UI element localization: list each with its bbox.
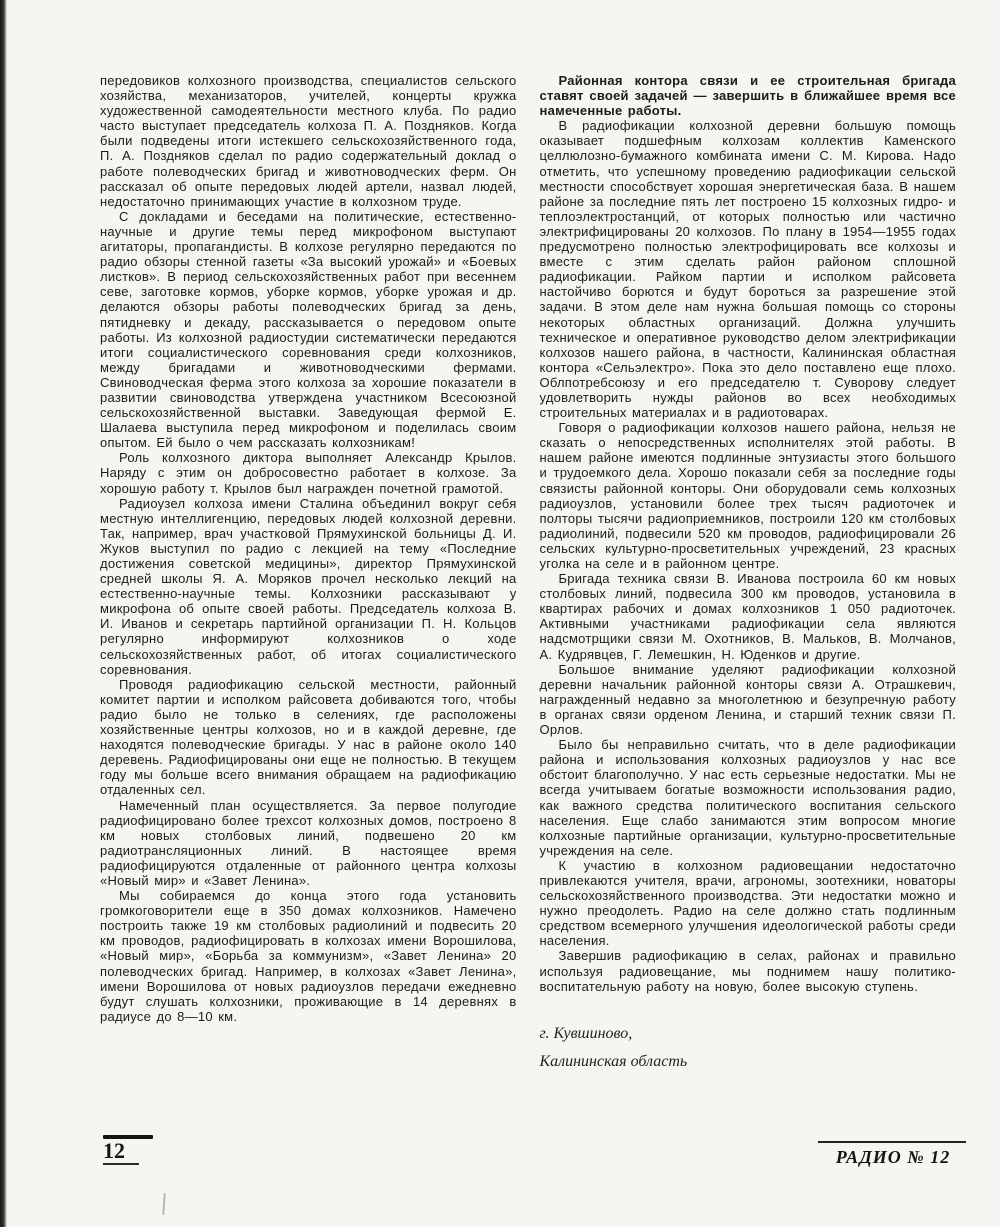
paragraph: С докладами и беседами на политические, … xyxy=(100,209,517,451)
magazine-footer-rule xyxy=(818,1141,966,1143)
lead-paragraph: Районная контора связи и ее строительная… xyxy=(540,73,957,118)
paragraph: К участию в колхозном радиовещании недос… xyxy=(540,858,957,949)
magazine-footer-block: РАДИО № 12 xyxy=(818,1141,968,1168)
scan-edge-artifact xyxy=(0,0,7,1227)
page-number: 12 xyxy=(103,1139,139,1165)
paragraph: Проводя радиофикацию сельской местности,… xyxy=(100,677,517,798)
author-signature: г. Кувшиново, Калининская область xyxy=(540,1020,957,1076)
paragraph: В радиофикации колхозной деревни большую… xyxy=(540,118,957,420)
paragraph: Намеченный план осуществляется. За перво… xyxy=(100,798,517,889)
signature-region: Калининская область xyxy=(540,1048,957,1076)
scan-smudge-artifact xyxy=(162,1193,166,1215)
paragraph: Роль колхозного диктора выполняет Алекса… xyxy=(100,450,517,495)
page-number-block: 12 xyxy=(103,1135,159,1165)
paragraph: передовиков колхозного производства, спе… xyxy=(100,73,517,209)
paragraph: Бригада техника связи В. Иванова построи… xyxy=(540,571,957,662)
paragraph: Большое внимание уделяют радиофикации ко… xyxy=(540,662,957,737)
paragraph: Завершив радиофикацию в селах, районах и… xyxy=(540,948,957,993)
scanned-magazine-page: передовиков колхозного производства, спе… xyxy=(0,0,1000,1227)
magazine-title-issue: РАДИО № 12 xyxy=(818,1147,968,1168)
paragraph: Было бы неправильно считать, что в деле … xyxy=(540,737,957,858)
paragraph: Мы собираемся до конца этого года устано… xyxy=(100,888,517,1024)
right-column: Районная контора связи и ее строительная… xyxy=(540,73,957,1076)
article-body: передовиков колхозного производства, спе… xyxy=(100,73,956,1076)
signature-city: г. Кувшиново, xyxy=(540,1020,957,1048)
left-column: передовиков колхозного производства, спе… xyxy=(100,73,517,1076)
paragraph: Говоря о радиофикации колхозов нашего ра… xyxy=(540,420,957,571)
paragraph: Радиоузел колхоза имени Сталина объедини… xyxy=(100,496,517,677)
